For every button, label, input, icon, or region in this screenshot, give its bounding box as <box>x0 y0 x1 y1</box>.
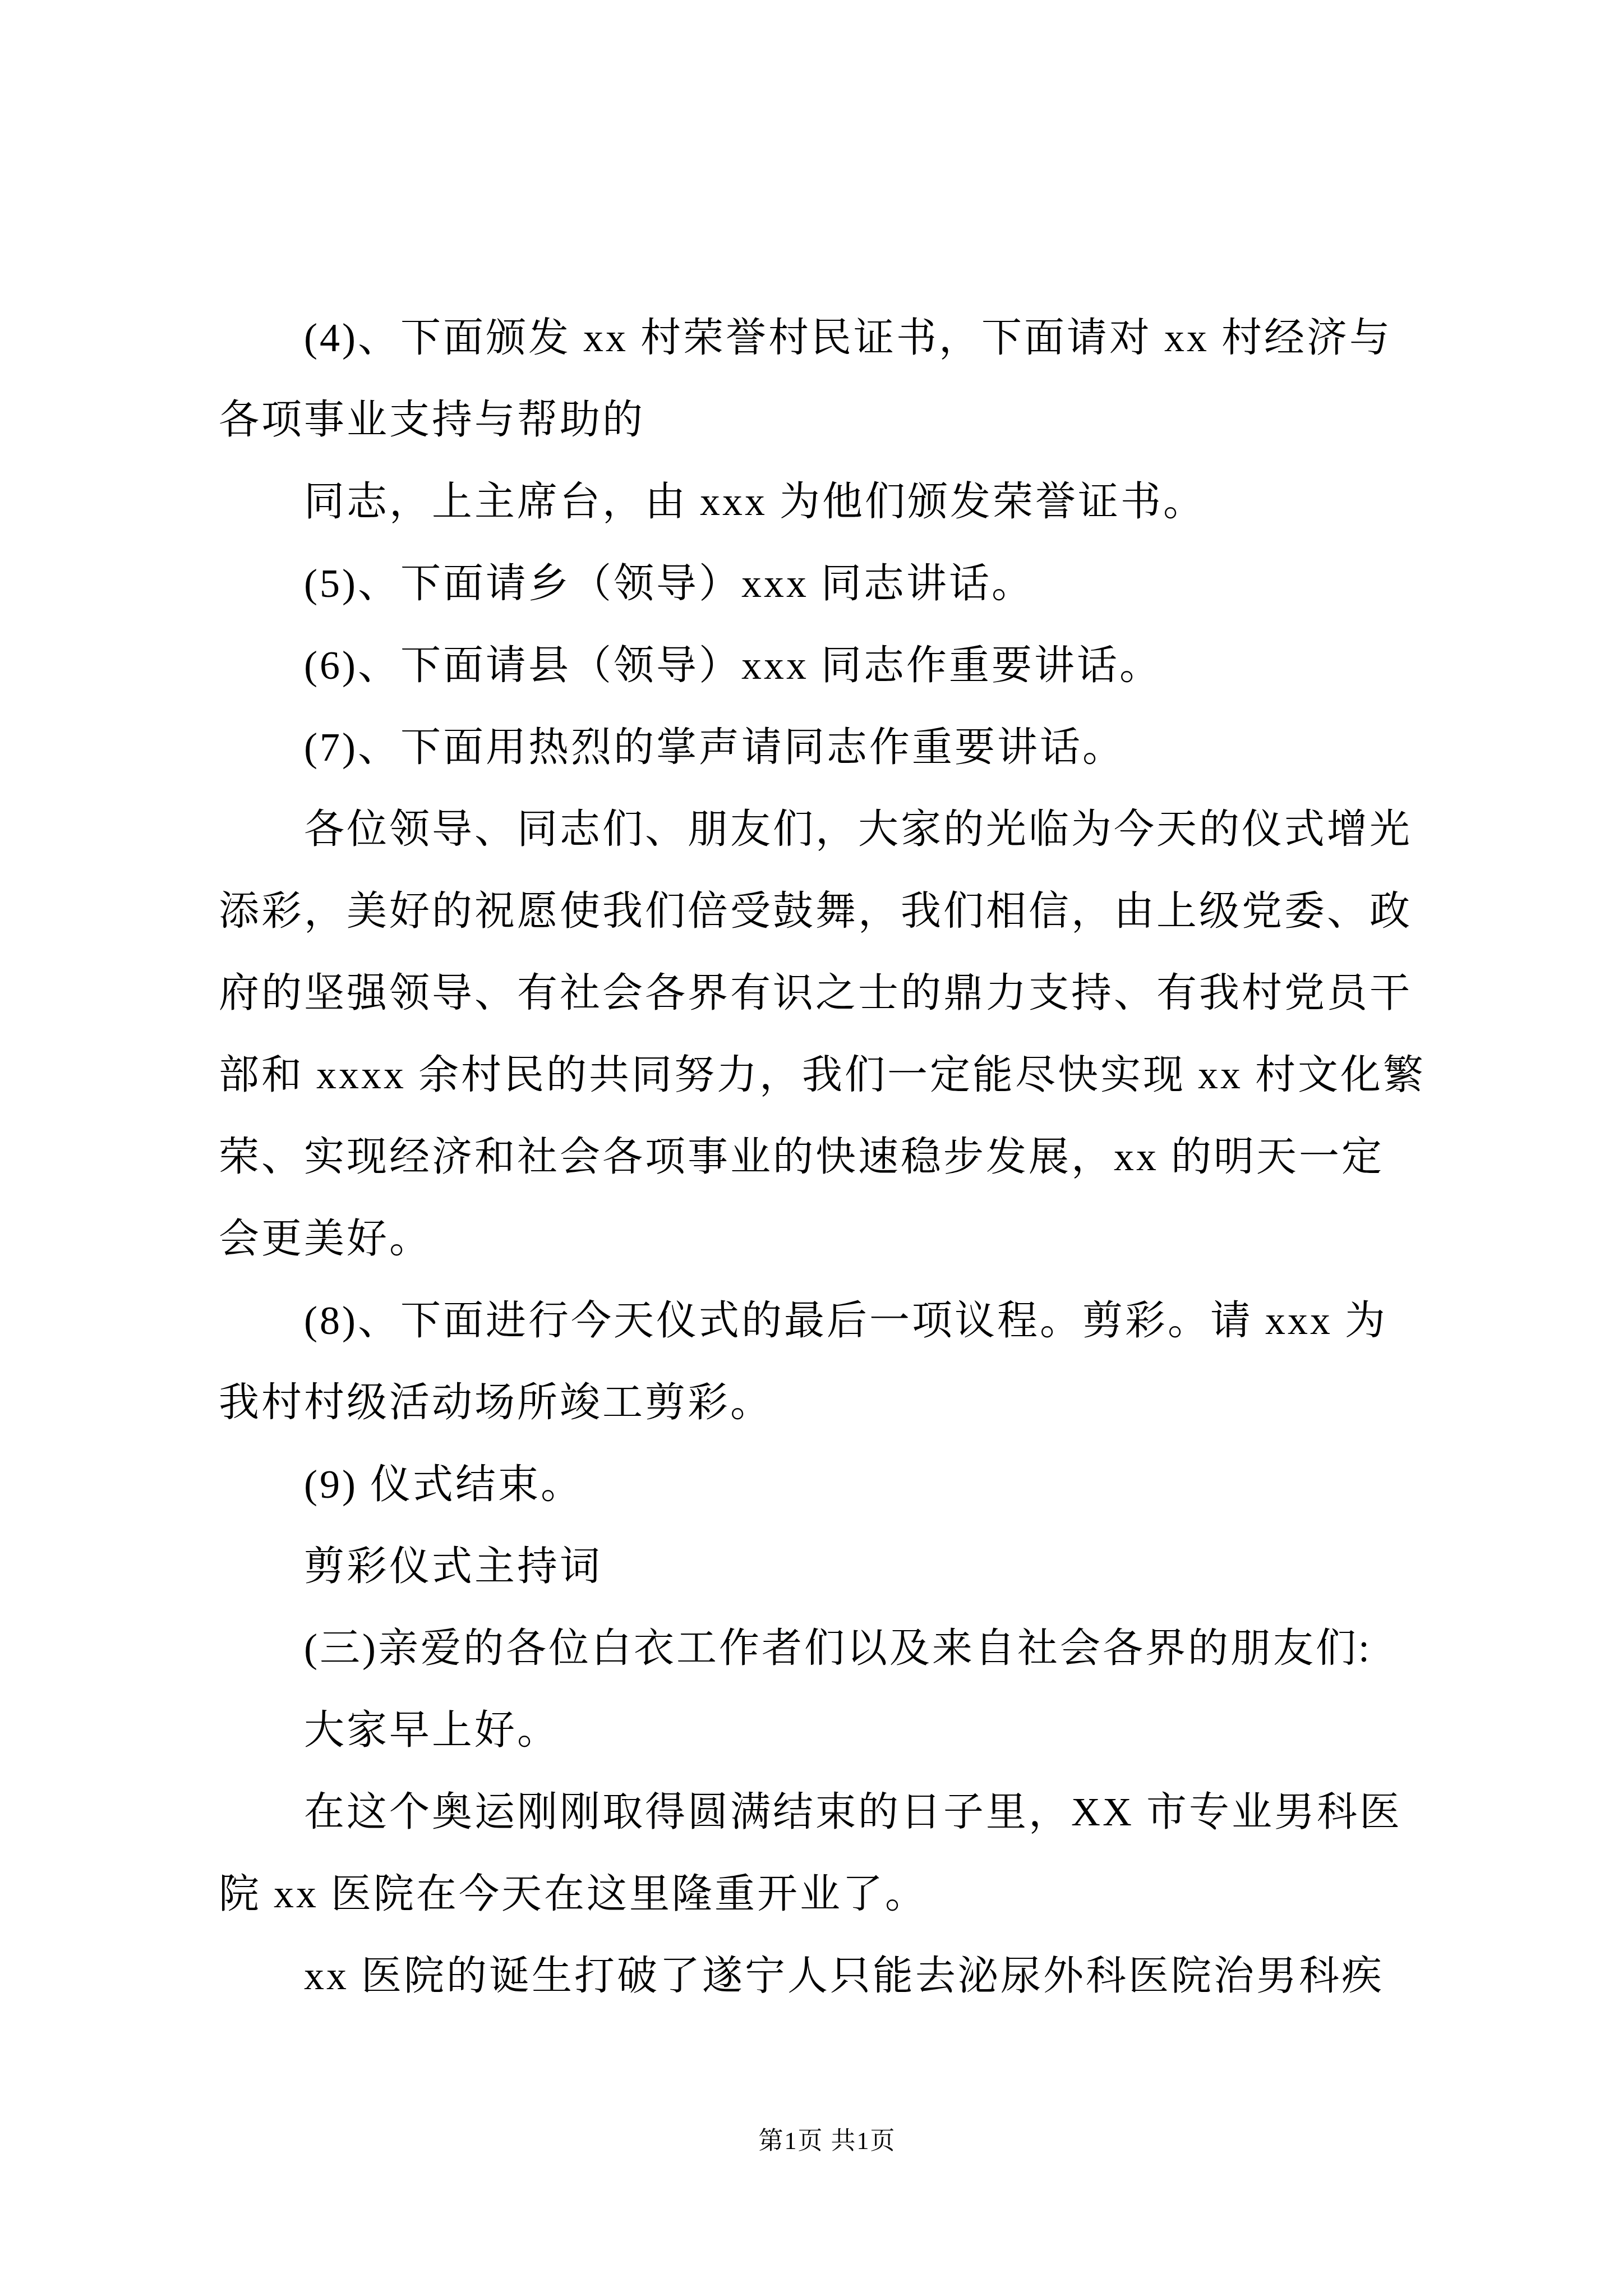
page-footer: 第1页 共1页 <box>219 2125 1436 2157</box>
text-line: (6)、下面请县（领导）xxx 同志作重要讲话。 <box>219 624 1458 706</box>
text-line: 我村村级活动场所竣工剪彩。 <box>219 1361 1458 1443</box>
text-line: 府的坚强领导、有社会各界有识之士的鼎力支持、有我村党员干 <box>219 952 1458 1034</box>
text-line: (8)、下面进行今天仪式的最后一项议程。剪彩。请 xxx 为 <box>219 1280 1458 1361</box>
text-line: 部和 xxxx 余村民的共同努力，我们一定能尽快实现 xx 村文化繁 <box>219 1034 1458 1116</box>
page-number: 第1页 共1页 <box>759 2127 896 2155</box>
text-line: (7)、下面用热烈的掌声请同志作重要讲话。 <box>219 706 1458 788</box>
text-line: 同志，上主席台，由 xxx 为他们颁发荣誉证书。 <box>219 461 1458 542</box>
document-page: (4)、下面颁发 xx 村荣誉村民证书，下面请对 xx 村经济与 各项事业支持与… <box>0 0 1623 2296</box>
text-line: (三)亲爱的各位白衣工作者们以及来自社会各界的朋友们: <box>219 1607 1458 1689</box>
text-line: 各位领导、同志们、朋友们，大家的光临为今天的仪式增光 <box>219 788 1458 870</box>
text-line: (4)、下面颁发 xx 村荣誉村民证书，下面请对 xx 村经济与 <box>219 297 1458 379</box>
text-line: 会更美好。 <box>219 1198 1458 1280</box>
text-line: 添彩，美好的祝愿使我们倍受鼓舞，我们相信，由上级党委、政 <box>219 870 1458 952</box>
text-line: (9) 仪式结束。 <box>219 1443 1458 1525</box>
document-body: (4)、下面颁发 xx 村荣誉村民证书，下面请对 xx 村经济与 各项事业支持与… <box>219 297 1458 2017</box>
text-line: 大家早上好。 <box>219 1689 1458 1771</box>
text-line: 剪彩仪式主持词 <box>219 1525 1458 1607</box>
text-line: (5)、下面请乡（领导）xxx 同志讲话。 <box>219 542 1458 624</box>
text-line: 荣、实现经济和社会各项事业的快速稳步发展，xx 的明天一定 <box>219 1116 1458 1198</box>
text-line: xx 医院的诞生打破了遂宁人只能去泌尿外科医院治男科疾 <box>219 1935 1458 2017</box>
text-line: 院 xx 医院在今天在这里隆重开业了。 <box>219 1853 1458 1935</box>
text-line: 各项事业支持与帮助的 <box>219 379 1458 461</box>
text-line: 在这个奥运刚刚取得圆满结束的日子里，XX 市专业男科医 <box>219 1771 1458 1853</box>
